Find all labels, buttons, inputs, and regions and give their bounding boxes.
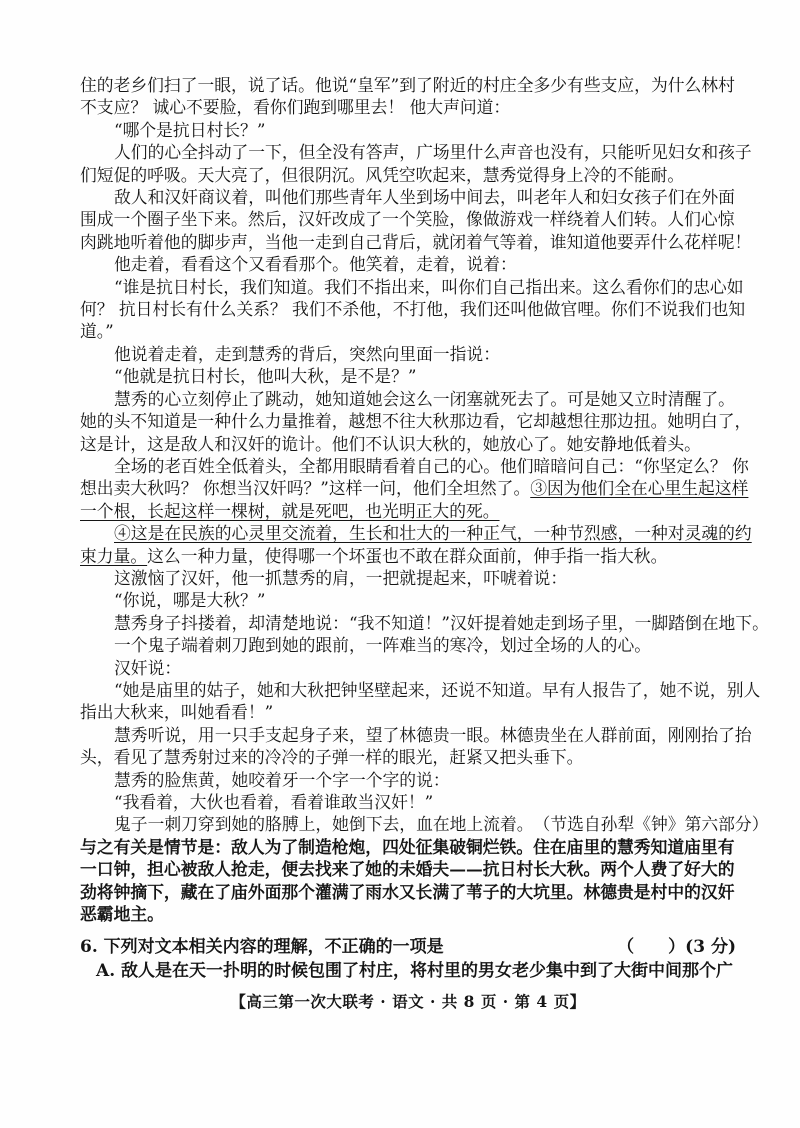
passage-line: “你说，哪是大秋？” <box>80 589 736 611</box>
plot-note-line: 一口钟，担心被敌人抢走，便去找来了她的未婚夫——抗日村长大秋。两个人费了好大的 <box>80 858 736 880</box>
passage-text: 这么一种力量，使得哪一个坏蛋也不敢在群众面前，伸手指一指大秋。 <box>147 546 667 566</box>
source-attribution: （节选自孙犁《钟》第六部分） <box>534 813 769 835</box>
passage-line: 这激恼了汉奸，他一抓慧秀的肩，一把就提起来，吓唬着说： <box>80 567 736 589</box>
passage-line: 慧秀的脸焦黄，她咬着牙一个字一个字的说： <box>80 769 736 791</box>
passage-line: 慧秀听说，用一只手支起身子来，望了林德贵一眼。林德贵坐在人群前面，刚刚抬了抬 <box>80 724 736 746</box>
passage-line: 他走着，看看这个又看看那个。他笑着，走着，说着： <box>80 253 736 275</box>
passage-line: 他说着走着，走到慧秀的背后，突然向里面一指说： <box>80 343 736 365</box>
passage-line: 慧秀的心立刻停止了跳动，她知道她会这么一闭塞就死去了。可是她又立时清醒了。 <box>80 388 736 410</box>
passage-line: “她是庙里的姑子，她和大秋把钟坚壁起来，还说不知道。早有人报告了，她不说，别人 <box>80 679 736 701</box>
passage-line: 人们的心全抖动了一下，但全没有答声，广场里什么声音也没有，只能听见妇女和孩子 <box>80 141 736 163</box>
passage-line: “哪个是抗日村长？” <box>80 119 736 141</box>
question-6-stem: 6. 下列对文本相关内容的理解，不正确的一项是 <box>80 935 444 959</box>
passage-line: 鬼子一刺刀穿到她的胳膊上，她倒下去，血在地上流着。（节选自孙犁《钟》第六部分） <box>80 813 736 835</box>
passage-line: “他就是抗日村长，他叫大秋，是不是？” <box>80 365 736 387</box>
passage-line: 围成一个圈子坐下来。然后，汉奸改成了一个笑脸，像做游戏一样绕着人们转。人们心惊 <box>80 208 736 230</box>
exam-page: 住的老乡们扫了一眼，说了话。他说“皇军”到了附近的村庄全多少有些支应，为什么林村… <box>0 0 800 1128</box>
passage-text: 想出卖大秋吗？ 你想当汉奸吗？”这样一问，他们全坦然了。 <box>80 478 530 498</box>
plot-note-line: 与之有关是情节是：敌人为了制造枪炮，四处征集破铜烂铁。住在庙里的慧秀知道庙里有 <box>80 836 736 858</box>
passage-line: 这是计，这是敌人和汉奸的诡计。他们不认识大秋的，她放心了。她安静地低着头。 <box>80 433 736 455</box>
underlined-passage-3-cont: 一个根，长起这样一棵树，就是死吧，也光明正大的死。 <box>80 500 736 522</box>
passage-content: 住的老乡们扫了一眼，说了话。他说“皇军”到了附近的村庄全多少有些支应，为什么林村… <box>80 74 736 1012</box>
plot-note-line: 劲将钟摘下，藏在了庙外面那个灌满了雨水又长满了苇子的大坑里。林德贵是村中的汉奸 <box>80 881 736 903</box>
passage-line: “我看着，大伙也看着，看着谁敢当汉奸！” <box>80 791 736 813</box>
underlined-passage-4: ④这是在民族的心灵里交流着，生长和壮大的一种正气，一种节烈感，一种对灵魂的约 <box>80 522 736 544</box>
passage-line: 指出大秋来，叫她看看！” <box>80 701 736 723</box>
passage-line: 道。” <box>80 320 736 342</box>
page-footer: 【高三第一次大联考 · 语文 · 共 8 页 · 第 4 页】 <box>80 990 736 1012</box>
passage-line: 全场的老百姓全低着头，全都用眼睛看着自己的心。他们暗暗问自己：“你坚定么？ 你 <box>80 455 736 477</box>
passage-line: 汉奸说： <box>80 657 736 679</box>
passage-text: 鬼子一刺刀穿到她的胳膊上，她倒下去，血在地上流着。 <box>114 813 534 835</box>
passage-line: 住的老乡们扫了一眼，说了话。他说“皇军”到了附近的村庄全多少有些支应，为什么林村 <box>80 74 736 96</box>
passage-line: 头，看见了慧秀射过来的冷冷的子弹一样的眼光，赶紧又把头垂下。 <box>80 746 736 768</box>
passage-line: 敌人和汉奸商议着，叫他们那些青年人坐到场中间去，叫老年人和妇女孩子们在外面 <box>80 186 736 208</box>
passage-line: 肉跳地听着他的脚步声，当他一走到自己背后，就闭着气等着，谁知道他要弄什么花样呢！ <box>80 231 736 253</box>
passage-line: 她的头不知道是一种什么力量推着，越想不往大秋那边看，它却越想往那边扭。她明白了， <box>80 410 736 432</box>
passage-line: 想出卖大秋吗？ 你想当汉奸吗？”这样一问，他们全坦然了。③因为他们全在心里生起这… <box>80 477 736 499</box>
passage-line: 束力量。这么一种力量，使得哪一个坏蛋也不敢在群众面前，伸手指一指大秋。 <box>80 545 736 567</box>
question-6-answer-blank: （ ）(3 分) <box>617 935 736 959</box>
underlined-passage-4-cont: 束力量。 <box>80 546 147 566</box>
passage-line: 们短促的呼吸。天大亮了，但很阴沉。风凭空吹起来，慧秀觉得身上冷的不能耐。 <box>80 164 736 186</box>
plot-note-line: 恶霸地主。 <box>80 903 736 925</box>
underlined-passage-3: ③因为他们全在心里生起这样 <box>530 478 748 498</box>
passage-line: 一个鬼子端着刺刀跑到她的跟前，一阵难当的寒冷，划过全场的人的心。 <box>80 634 736 656</box>
passage-line: 慧秀身子抖搂着，却清楚地说：“我不知道！”汉奸提着她走到场子里，一脚踏倒在地下。 <box>80 612 736 634</box>
passage-line: “谁是抗日村长，我们知道。我们不指出来，叫你们自己指出来。这么看你们的忠心如 <box>80 276 736 298</box>
passage-line: 不支应？ 诚心不要脸，看你们跑到哪里去！ 他大声问道： <box>80 96 736 118</box>
passage-line: 何？ 抗日村长有什么关系？ 我们不杀他，不打他，我们还叫他做官哩。你们不说我们也… <box>80 298 736 320</box>
question-6-option-a: A. 敌人是在天一扑明的时候包围了村庄，将村里的男女老少集中到了大街中间那个广 <box>80 959 736 983</box>
question-6: 6. 下列对文本相关内容的理解，不正确的一项是 （ ）(3 分) <box>80 935 736 959</box>
